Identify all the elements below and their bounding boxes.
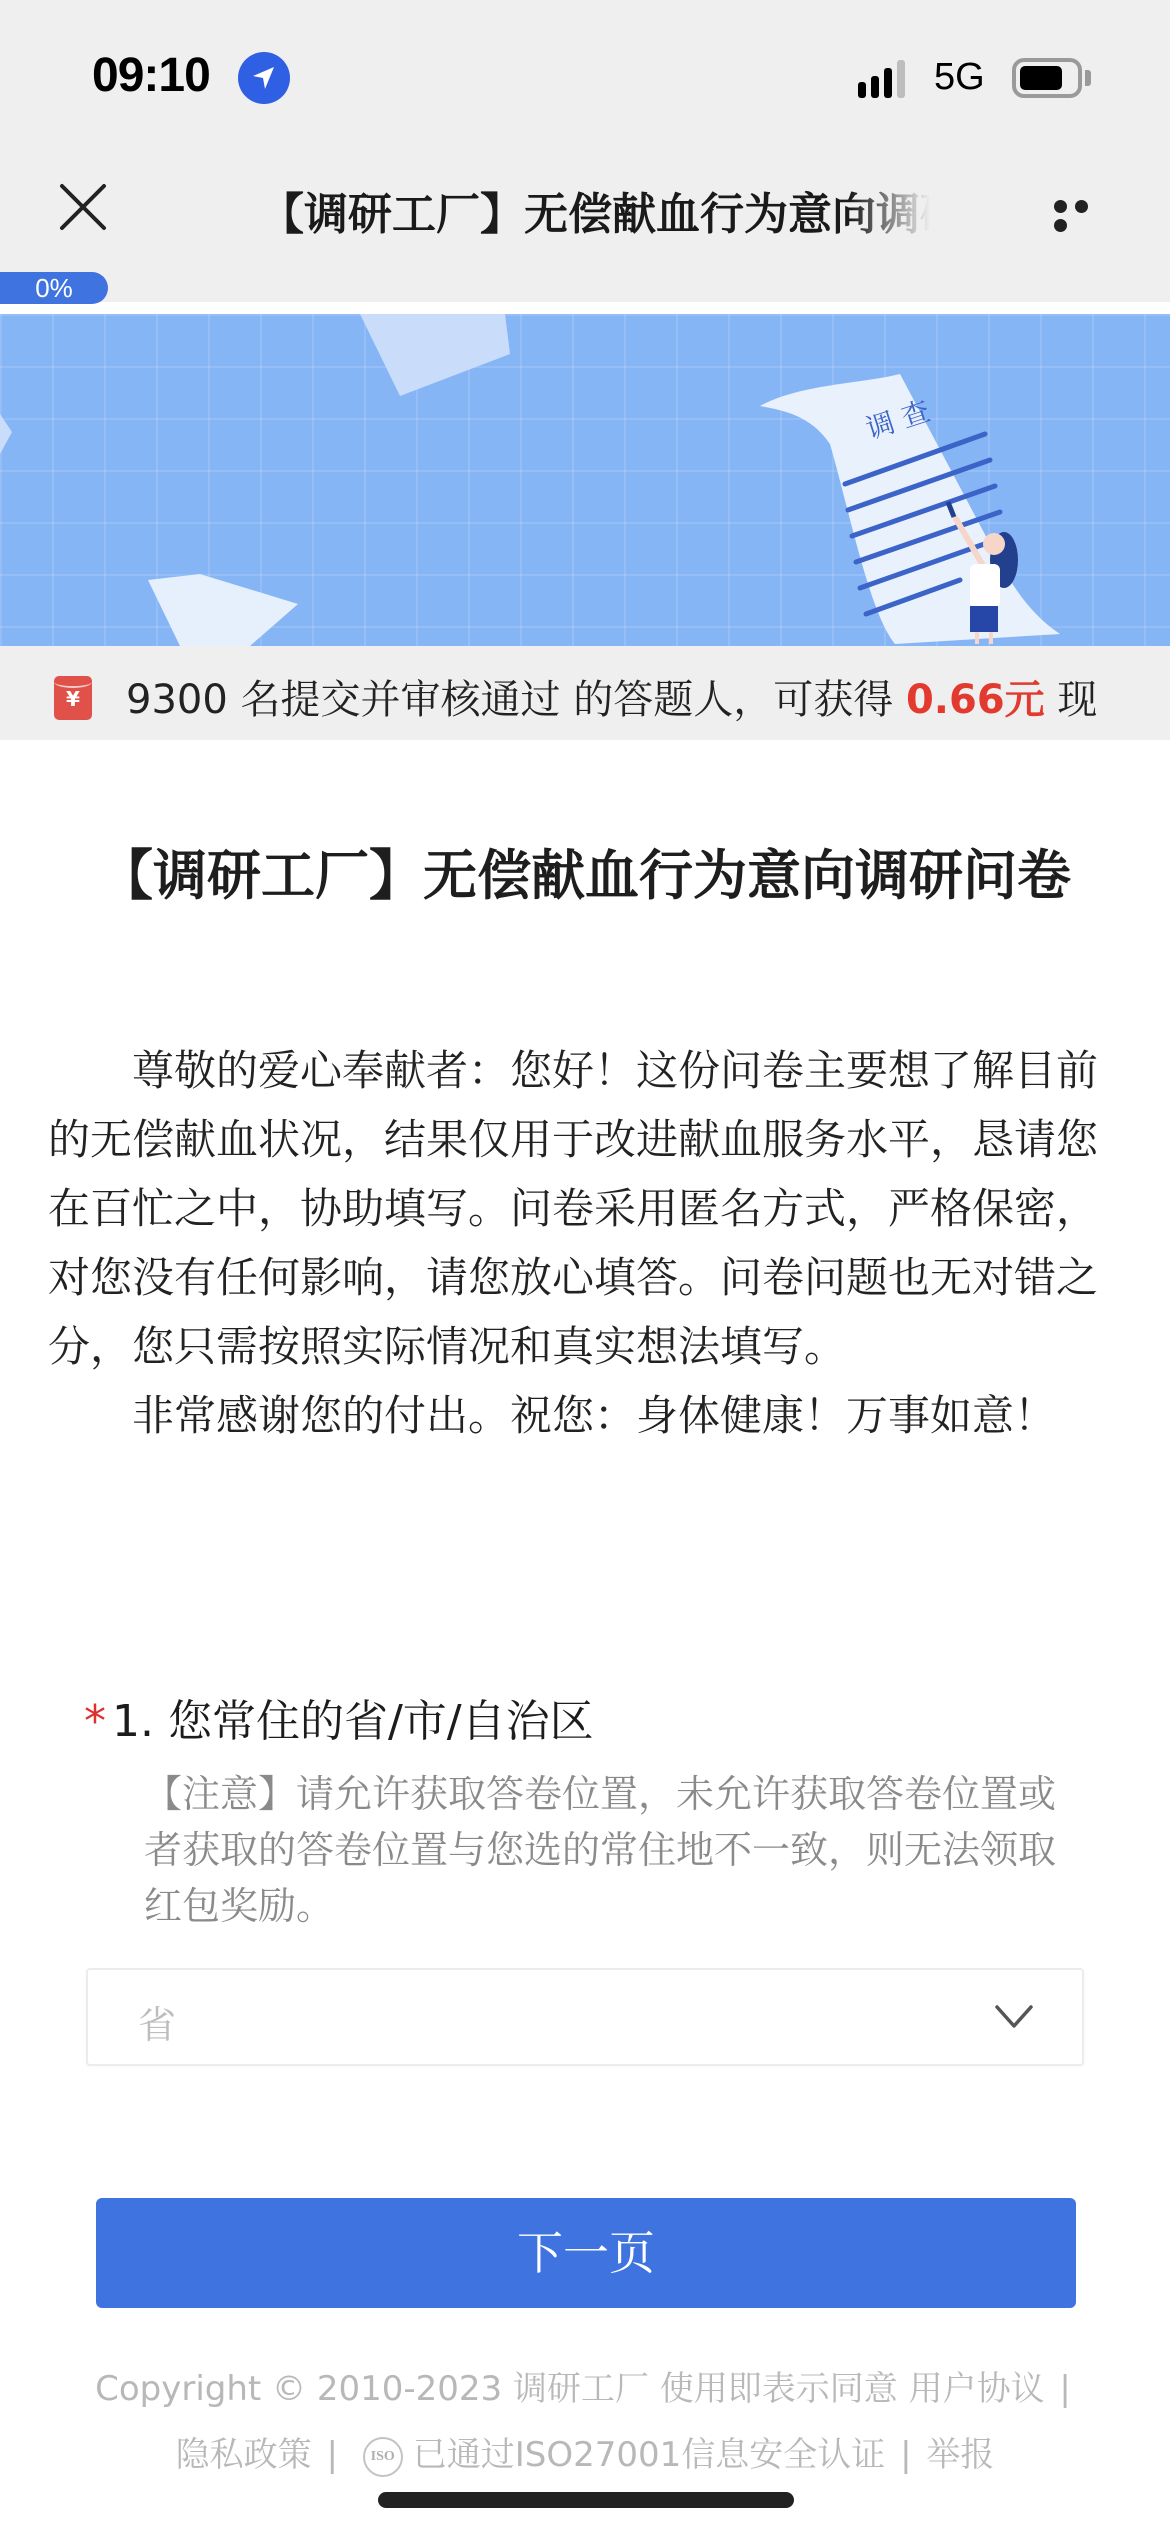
network-type: 5G [934,56,985,99]
footer-line-1: Copyright © 2010-2023 调研工厂 使用即表示同意 用户协议 … [0,2356,1170,2422]
footer-line-2: 隐私政策 | ISO已通过ISO27001信息安全认证 | 举报 [0,2422,1170,2488]
question-title: *1. 您常住的省/市/自治区 [84,1692,1094,1752]
more-icon-dot [1054,219,1067,232]
separator: | [326,2435,337,2475]
banner-illustration: 调 查 [0,314,1170,646]
close-icon [56,180,110,234]
battery-tip [1085,70,1091,86]
footer: Copyright © 2010-2023 调研工厂 使用即表示同意 用户协议 … [0,2356,1170,2488]
separator: | [900,2435,911,2475]
progress-indicator: 0% [0,272,108,304]
more-icon-dot [1075,200,1088,213]
next-page-button[interactable]: 下一页 [96,2198,1076,2308]
reward-bar: ¥ 9300 名提交并审核通过 的答题人，可获得 0.66元 现 [0,646,1170,740]
status-bar: 09:10 5G [0,0,1170,150]
question-note: 【注意】请允许获取答卷位置，未允许获取答卷位置或者获取的答卷位置与您选的常住地不… [144,1766,1084,1934]
user-agreement-link[interactable]: 用户协议 [909,2369,1045,2409]
survey-intro: 尊敬的爱心奉献者：您好！这份问卷主要想了解目前的无偿献血状况，结果仅用于改进献血… [48,1036,1108,1450]
intro-paragraph: 非常感谢您的付出。祝您：身体健康！万事如意！ [48,1381,1108,1450]
question-text: 1. 您常住的省/市/自治区 [112,1696,594,1747]
chevron-down-icon [994,2002,1034,2032]
signal-icon [858,60,912,100]
reward-text: 9300 名提交并审核通过 的答题人，可获得 0.66元 现 [126,668,1097,725]
survey-banner: 调 查 [0,314,1170,646]
close-button[interactable] [56,180,110,234]
reward-amount: 0.66元 [906,677,1045,723]
intro-paragraph: 尊敬的爱心奉献者：您好！这份问卷主要想了解目前的无偿献血状况，结果仅用于改进献血… [48,1036,1108,1381]
home-indicator[interactable] [378,2492,794,2508]
survey-title: 【调研工厂】无偿献血行为意向调研问卷 [80,836,1090,916]
copyright-text: Copyright © 2010-2023 调研工厂 使用即表示同意 [95,2369,898,2409]
question-1: *1. 您常住的省/市/自治区 【注意】请允许获取答卷位置，未允许获取答卷位置或… [84,1692,1094,1934]
more-icon [1054,200,1067,213]
battery-icon [1012,58,1082,98]
location-arrow-icon [238,52,290,104]
reward-count: 9300 [126,677,228,723]
iso-cert-text: 已通过ISO27001信息安全认证 [413,2435,886,2475]
select-placeholder: 省 [138,1994,176,2049]
nav-bar: 【调研工厂】无偿献血行为意向调研问卷 [0,150,1170,260]
privacy-link[interactable]: 隐私政策 [176,2435,312,2475]
report-link[interactable]: 举报 [926,2435,994,2475]
red-envelope-icon: ¥ [54,676,92,720]
nav-title: 【调研工厂】无偿献血行为意向调研问卷 [260,178,930,242]
more-button[interactable] [1054,198,1114,218]
reward-suffix: 现 [1045,677,1098,723]
required-mark: * [84,1696,106,1747]
separator: | [1059,2369,1070,2409]
iso-badge-icon: ISO [363,2437,403,2477]
status-time: 09:10 [92,48,210,103]
province-select[interactable]: 省 [86,1968,1084,2066]
reward-desc: 名提交并审核通过 的答题人，可获得 [228,677,906,723]
progress-track [0,260,1170,302]
